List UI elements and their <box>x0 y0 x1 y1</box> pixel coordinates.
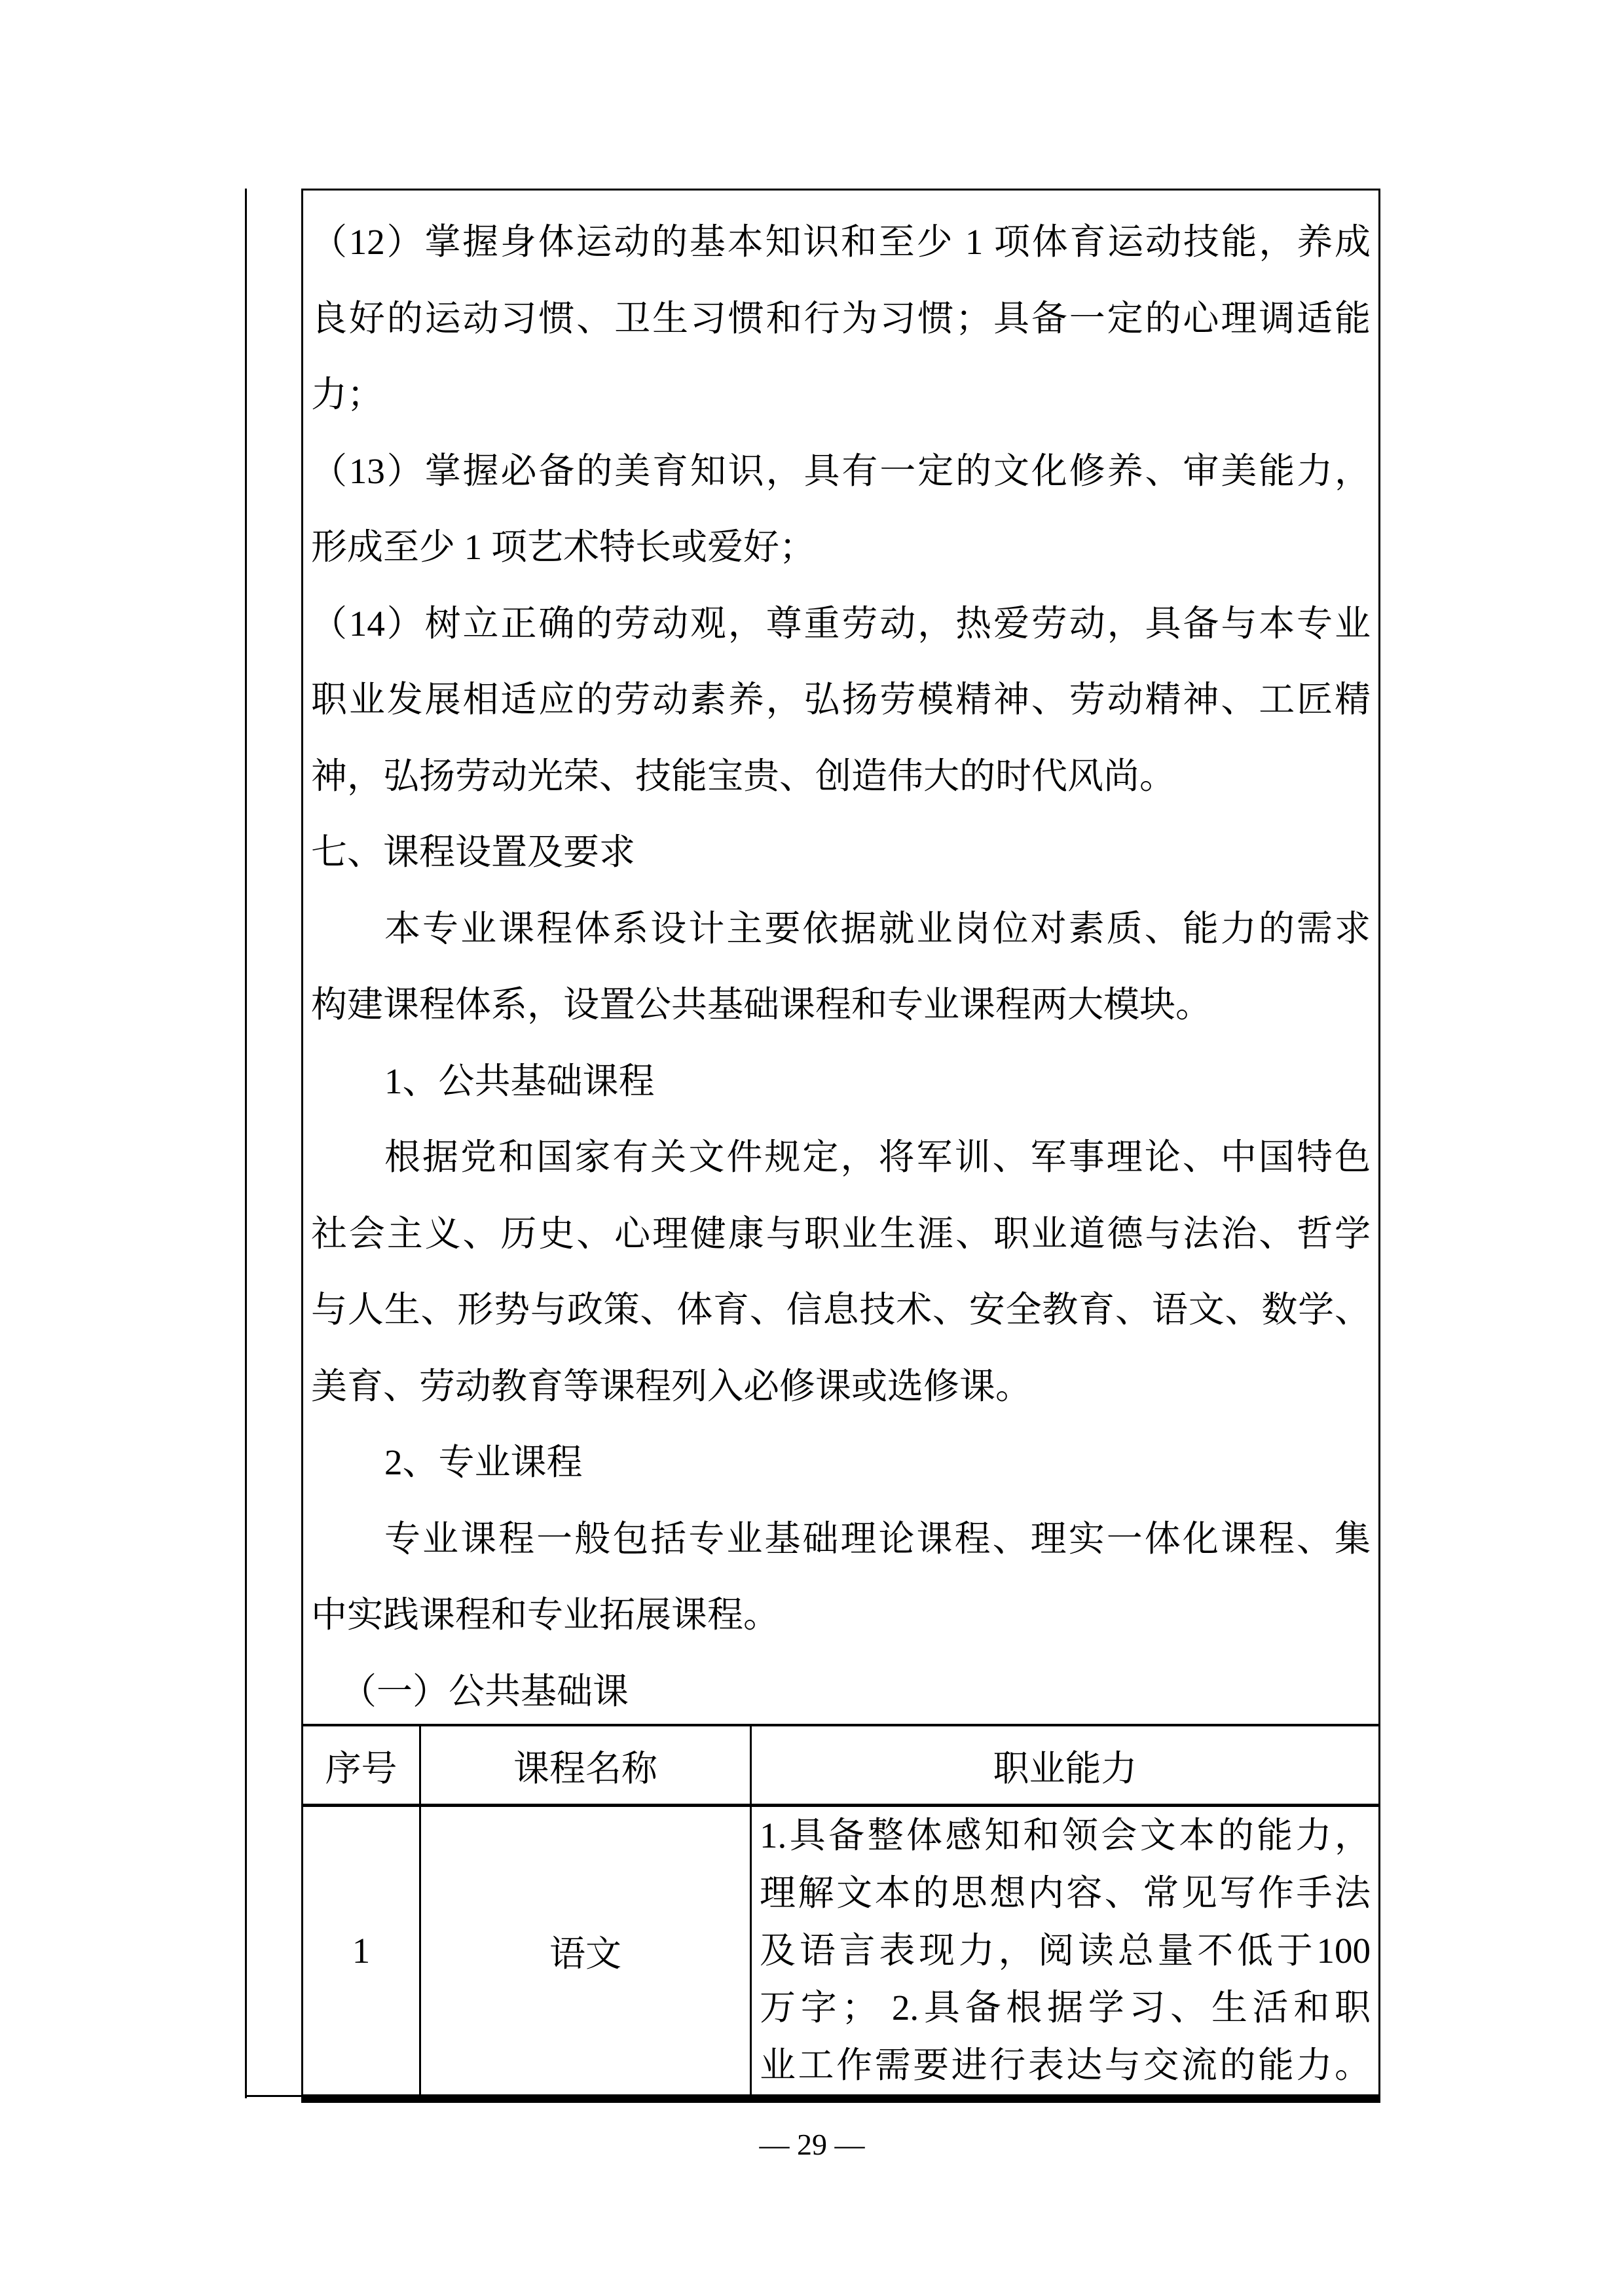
table-row: 1 语文 1.具备整体感知和领会文本的能力，理解文本的思想内容、常见写作手法及语… <box>303 1807 1378 2094</box>
body-line: 社会主义、历史、心理健康与职业生涯、职业道德与法治、哲学 <box>311 1196 1371 1273</box>
body-line: （12）掌握身体运动的基本知识和至少 1 项体育运动技能，养成 <box>311 204 1371 281</box>
ability-line: 及语言表现力，阅读总量不低于100 <box>760 1922 1371 1980</box>
body-line: （一）公共基础课 <box>311 1654 1371 1730</box>
course-table-header-row: 序号 课程名称 职业能力 <box>303 1726 1378 1807</box>
row-cell-ability: 1.具备整体感知和领会文本的能力，理解文本的思想内容、常见写作手法及语言表现力，… <box>752 1807 1378 2094</box>
ability-line: 理解文本的思想内容、常见写作手法 <box>760 1865 1371 1922</box>
body-line: 中实践课程和专业拓展课程。 <box>311 1577 1371 1654</box>
row-cell-number: 1 <box>303 1807 421 2094</box>
body-line: 构建课程体系，设置公共基础课程和专业课程两大模块。 <box>311 967 1371 1044</box>
outer-table-bottom-border <box>245 2095 303 2097</box>
body-line: 根据党和国家有关文件规定，将军训、军事理论、中国特色 <box>311 1120 1371 1196</box>
header-cell-ability: 职业能力 <box>752 1726 1378 1804</box>
body-line: 美育、劳动教育等课程列入必修课或选修课。 <box>311 1349 1371 1425</box>
body-line: 形成至少 1 项艺术特长或爱好； <box>311 509 1371 586</box>
body-line: 力； <box>311 357 1371 433</box>
body-line: 七、课程设置及要求 <box>311 814 1371 891</box>
row-cell-course-name: 语文 <box>421 1807 752 2094</box>
body-text: （12）掌握身体运动的基本知识和至少 1 项体育运动技能，养成良好的运动习惯、卫… <box>303 191 1378 1730</box>
body-line: 专业课程一般包括专业基础理论课程、理实一体化课程、集 <box>311 1501 1371 1578</box>
body-line: （13）掌握必备的美育知识，具有一定的文化修养、审美能力， <box>311 433 1371 510</box>
document-page: （12）掌握身体运动的基本知识和至少 1 项体育运动技能，养成良好的运动习惯、卫… <box>0 0 1624 2296</box>
body-line: 良好的运动习惯、卫生习惯和行为习惯；具备一定的心理调适能 <box>311 281 1371 357</box>
ability-line: 万字； 2.具备根据学习、生活和职 <box>760 1979 1371 2037</box>
page-number: — 29 — <box>0 2126 1624 2163</box>
header-cell-number: 序号 <box>303 1726 421 1804</box>
body-line: 1、公共基础课程 <box>311 1044 1371 1120</box>
body-line: 与人生、形势与政策、体育、信息技术、安全教育、语文、数学、 <box>311 1272 1371 1349</box>
body-line: 本专业课程体系设计主要依据就业岗位对素质、能力的需求 <box>311 891 1371 968</box>
outer-table-left-border <box>245 189 247 2098</box>
ability-line: 1.具备整体感知和领会文本的能力， <box>760 1807 1371 1865</box>
table-bottom-thick-border <box>301 2094 1380 2103</box>
body-line: 神，弘扬劳动光荣、技能宝贵、创造伟大的时代风尚。 <box>311 738 1371 815</box>
body-line: （14）树立正确的劳动观，尊重劳动，热爱劳动，具备与本专业 <box>311 586 1371 663</box>
ability-line: 业工作需要进行表达与交流的能力。 <box>760 2037 1371 2094</box>
header-cell-course-name: 课程名称 <box>421 1726 752 1804</box>
body-line: 职业发展相适应的劳动素养，弘扬劳模精神、劳动精神、工匠精 <box>311 662 1371 738</box>
body-line: 2、专业课程 <box>311 1425 1371 1501</box>
course-table: 序号 课程名称 职业能力 1 语文 1.具备整体感知和领会文本的能力，理解文本的… <box>303 1724 1378 2094</box>
